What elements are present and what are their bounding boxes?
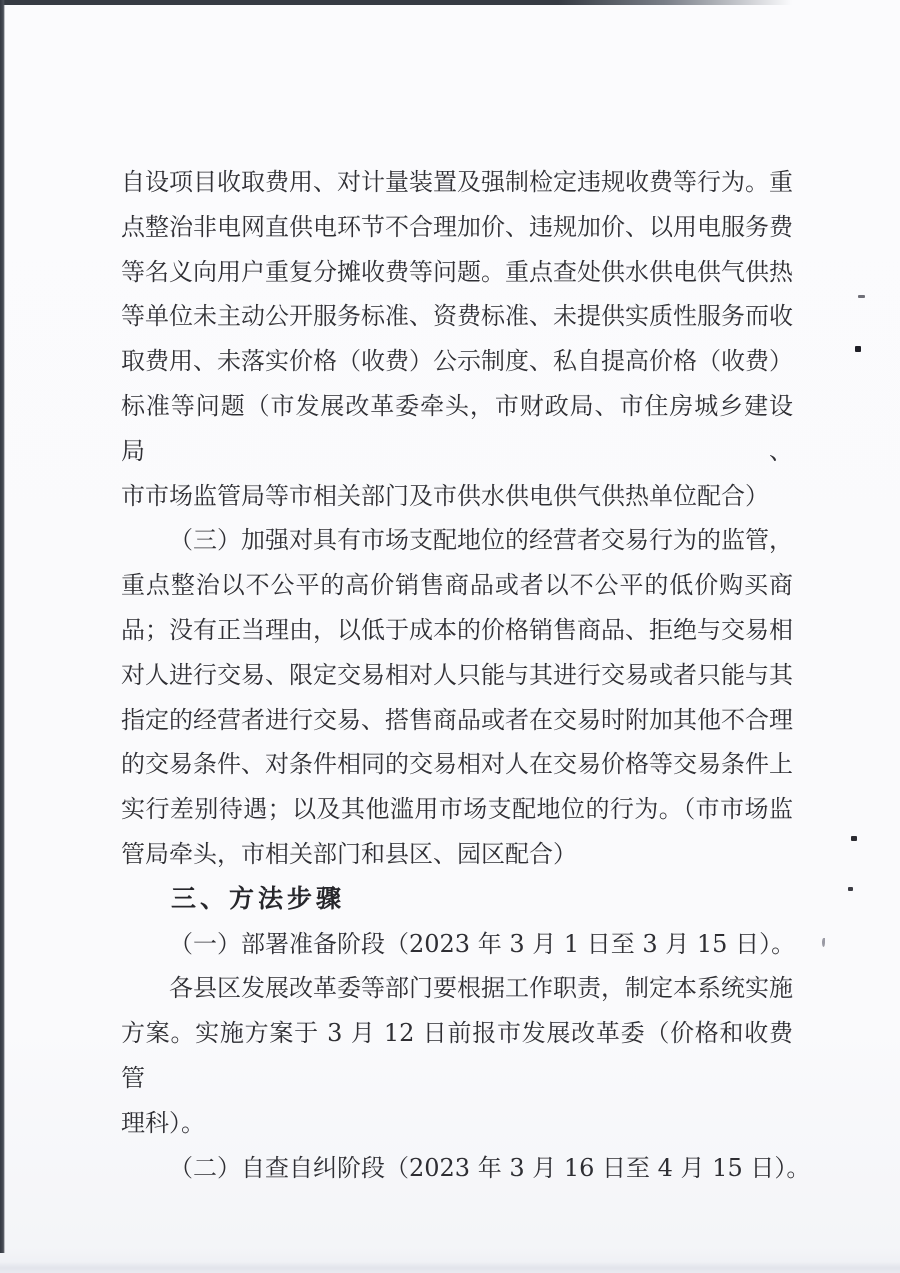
- text-line: 点整治非电网直供电环节不合理加价、违规加价、以用电服务费: [121, 205, 793, 250]
- scan-speck: [851, 836, 857, 841]
- text-line: 标准等问题（市发展改革委牵头，市财政局、市住房城乡建设局、: [121, 384, 793, 474]
- text-line: 指定的经营者进行交易、搭售商品或者在交易时附加其他不合理: [121, 698, 793, 743]
- scan-edge-bottom: [0, 1262, 900, 1273]
- text-line: 品；没有正当理由，以低于成本的价格销售商品、拒绝与交易相: [121, 608, 793, 653]
- text-line: 对人进行交易、限定交易相对人只能与其进行交易或者只能与其: [121, 653, 793, 698]
- text-line: 等单位未主动公开服务标准、资费标准、未提供实质性服务而收: [121, 294, 793, 339]
- scanned-page: 自设项目收取费用、对计量装置及强制检定违规收费等行为。重 点整治非电网直供电环节…: [0, 0, 900, 1273]
- text-line: 管局牵头，市相关部门和县区、园区配合）: [121, 832, 793, 877]
- scan-speck: [822, 938, 825, 947]
- scan-speck: [848, 887, 853, 891]
- text-line: 实行差别待遇；以及其他滥用市场支配地位的行为。（市市场监: [121, 787, 793, 832]
- text-line: 自设项目收取费用、对计量装置及强制检定违规收费等行为。重: [121, 160, 793, 205]
- section-heading-method-steps: 三、方法步骤: [121, 877, 793, 922]
- text-line: （三）加强对具有市场支配地位的经营者交易行为的监管，: [121, 518, 793, 563]
- text-line: （二）自查自纠阶段（2023 年 3 月 16 日至 4 月 15 日）。: [121, 1146, 793, 1191]
- text-line: 重点整治以不公平的高价销售商品或者以不公平的低价购买商: [121, 563, 793, 608]
- scan-edge-top: [0, 0, 900, 5]
- scan-edge-left: [0, 0, 5, 1253]
- text-line: 市市场监管局等市相关部门及市供水供电供气供热单位配合）: [121, 474, 793, 519]
- text-line: （一）部署准备阶段（2023 年 3 月 1 日至 3 月 15 日）。: [121, 922, 793, 967]
- scan-speck: [858, 295, 865, 298]
- text-line: 的交易条件、对条件相同的交易相对人在交易价格等交易条件上: [121, 742, 793, 787]
- text-line: 取费用、未落实价格（收费）公示制度、私自提高价格（收费）: [121, 339, 793, 384]
- scan-speck: [855, 346, 861, 352]
- text-line: 各县区发展改革委等部门要根据工作职责，制定本系统实施: [121, 966, 793, 1011]
- text-line: 等名义向用户重复分摊收费等问题。重点查处供水供电供气供热: [121, 250, 793, 295]
- text-line: 理科）。: [121, 1101, 793, 1146]
- text-line: 方案。实施方案于 3 月 12 日前报市发展改革委（价格和收费管: [121, 1011, 793, 1101]
- document-text-block: 自设项目收取费用、对计量装置及强制检定违规收费等行为。重 点整治非电网直供电环节…: [121, 160, 793, 1190]
